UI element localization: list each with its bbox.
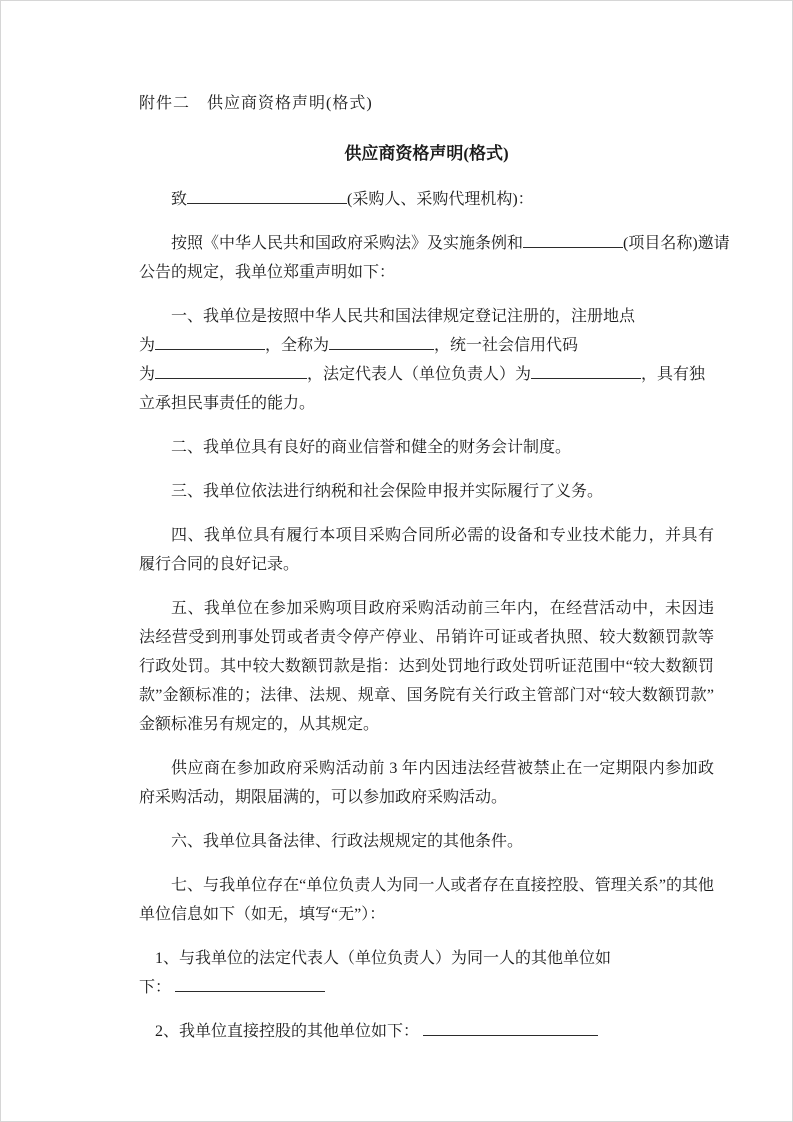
blank-same-representative-units-field xyxy=(175,977,325,992)
item-1-line-3: 为，法定代表人（单位负责人）为，具有独 xyxy=(139,360,714,389)
intro-paragraph: 按照《中华人民共和国政府采购法》及实施条例和(项目名称)邀请 公告的规定，我单位… xyxy=(139,229,714,287)
sub-item-1-text-continuation: 下： xyxy=(139,979,171,996)
blank-credit-code-field xyxy=(155,364,307,379)
blank-purchaser-name-field xyxy=(187,189,347,204)
intro-line-1: 按照《中华人民共和国政府采购法》及实施条例和(项目名称)邀请 xyxy=(139,229,714,258)
item-1-line-4: 立承担民事责任的能力。 xyxy=(139,389,714,418)
item-1-paragraph: 一、我单位是按照中华人民共和国法律规定登记注册的，注册地点 为，全称为，统一社会… xyxy=(139,302,714,418)
item-1-line-1: 一、我单位是按照中华人民共和国法律规定登记注册的，注册地点 xyxy=(139,302,714,331)
item-1-text-3c: ，具有独 xyxy=(641,366,705,383)
item-1-text-4: 立承担民事责任的能力。 xyxy=(139,395,315,412)
sub-item-1-paragraph: 1、与我单位的法定代表人（单位负责人）为同一人的其他单位如 下： xyxy=(139,944,714,1002)
item-1-line-2: 为，全称为，统一社会信用代码 xyxy=(139,331,714,360)
sub-item-2-text: 2、我单位直接控股的其他单位如下： xyxy=(155,1023,419,1040)
item-1-text-3a: 为 xyxy=(139,366,155,383)
sub-item-1-line-2: 下： xyxy=(139,973,714,1002)
item-7-paragraph: 七、与我单位存在“单位负责人为同一人或者存在直接控股、管理关系”的其他单位信息如… xyxy=(139,871,714,929)
item-1-text-3b: ，法定代表人（单位负责人）为 xyxy=(307,366,531,383)
sub-item-1-text: 1、与我单位的法定代表人（单位负责人）为同一人的其他单位如 xyxy=(155,950,611,967)
intro-text-pre: 按照《中华人民共和国政府采购法》及实施条例和 xyxy=(171,235,523,252)
document-page: 附件二 供应商资格声明(格式) 供应商资格声明(格式) 致(采购人、采购代理机构… xyxy=(0,0,793,1122)
item-5-note-paragraph: 供应商在参加政府采购活动前 3 年内因违法经营被禁止在一定期限内参加政府采购活动… xyxy=(139,754,714,812)
blank-registered-address-field xyxy=(155,335,265,350)
item-4-paragraph: 四、我单位具有履行本项目采购合同所必需的设备和专业技术能力，并具有履行合同的良好… xyxy=(139,521,714,579)
intro-text-post: (项目名称)邀请 xyxy=(623,235,730,252)
sub-item-2-paragraph: 2、我单位直接控股的其他单位如下： xyxy=(139,1017,714,1046)
item-2-paragraph: 二、我单位具有良好的商业信誉和健全的财务会计制度。 xyxy=(139,433,714,462)
intro-line-2: 公告的规定，我单位郑重声明如下： xyxy=(139,258,714,287)
item-1-text-2a: 为 xyxy=(139,337,155,354)
item-1-text-2c: ，统一社会信用代码 xyxy=(434,337,578,354)
salutation-lead: 致 xyxy=(171,191,187,208)
salutation-line: 致(采购人、采购代理机构)： xyxy=(139,185,714,214)
item-3-paragraph: 三、我单位依法进行纳税和社会保险申报并实际履行了义务。 xyxy=(139,477,714,506)
item-1-text-2b: ，全称为 xyxy=(265,337,329,354)
blank-directly-controlled-units-field xyxy=(423,1021,598,1036)
sub-item-1-line-1: 1、与我单位的法定代表人（单位负责人）为同一人的其他单位如 xyxy=(139,944,714,973)
document-title: 供应商资格声明(格式) xyxy=(139,139,714,168)
item-5-paragraph: 五、我单位在参加采购项目政府采购活动前三年内，在经营活动中，未因违法经营受到刑事… xyxy=(139,594,714,739)
salutation-suffix: (采购人、采购代理机构)： xyxy=(347,191,534,208)
item-6-paragraph: 六、我单位具备法律、行政法规规定的其他条件。 xyxy=(139,827,714,856)
intro-text-continuation: 公告的规定，我单位郑重声明如下： xyxy=(139,264,395,281)
item-1-text-1: 一、我单位是按照中华人民共和国法律规定登记注册的，注册地点 xyxy=(171,308,635,325)
blank-legal-representative-field xyxy=(531,364,641,379)
blank-project-name-field xyxy=(523,233,623,248)
attachment-header: 附件二 供应商资格声明(格式) xyxy=(139,89,714,118)
blank-full-name-field xyxy=(329,335,434,350)
